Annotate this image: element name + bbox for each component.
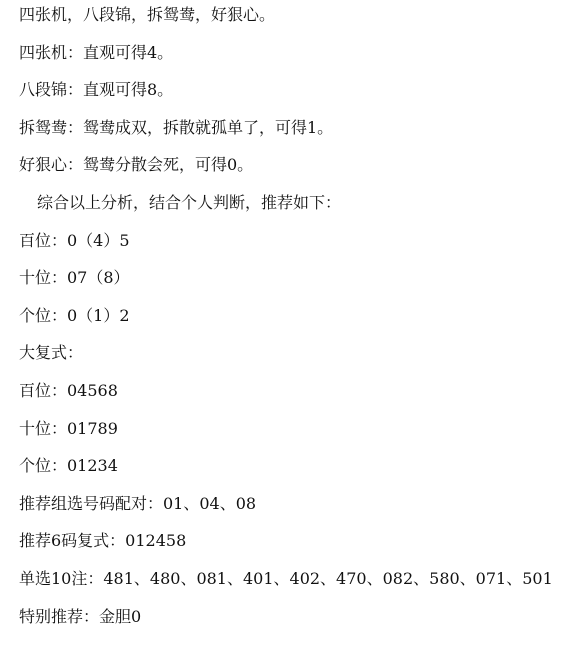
special-recommendation: 特别推荐：金胆0	[19, 606, 574, 644]
tens-pick: 十位：07（8）	[19, 267, 574, 305]
six-code-compound: 推荐6码复式：012458	[19, 530, 574, 568]
riddle-line: 四张机，八段锦，拆鸳鸯，好狠心。	[19, 4, 574, 42]
single-picks: 单选10注：481、480、081、401、402、470、082、580、07…	[19, 568, 574, 606]
summary-line: 综合以上分析，结合个人判断，推荐如下：	[19, 192, 574, 230]
document-body: 四张机，八段锦，拆鸳鸯，好狠心。 四张机：直观可得4。 八段锦：直观可得8。 拆…	[19, 4, 574, 643]
big-compound-heading: 大复式：	[19, 342, 574, 380]
compound-tens: 十位：01789	[19, 418, 574, 456]
clue-hao-hen-xin: 好狠心：鸳鸯分散会死，可得0。	[19, 154, 574, 192]
compound-hundreds: 百位：04568	[19, 380, 574, 418]
hundreds-pick: 百位：0（4）5	[19, 230, 574, 268]
group-pairs: 推荐组选号码配对：01、04、08	[19, 493, 574, 531]
clue-chai-yuan-yang: 拆鸳鸯：鸳鸯成双，拆散就孤单了，可得1。	[19, 117, 574, 155]
compound-units: 个位：01234	[19, 455, 574, 493]
clue-ba-duan-jin: 八段锦：直观可得8。	[19, 79, 574, 117]
units-pick: 个位：0（1）2	[19, 305, 574, 343]
clue-si-zhang-ji: 四张机：直观可得4。	[19, 42, 574, 80]
